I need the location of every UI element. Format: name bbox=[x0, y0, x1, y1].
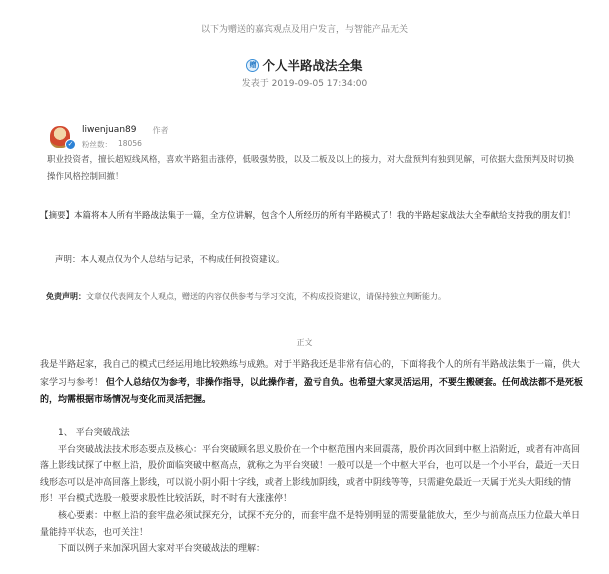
verified-icon: ✓ bbox=[65, 139, 76, 150]
paragraph: 核心要素：中枢上沿的套牢盘必须试探充分，试探不充分的，而套牢盘不是特别明显的需要… bbox=[40, 508, 585, 541]
author-name[interactable]: liwenjuan89 bbox=[82, 125, 136, 135]
intro-bold-text: 但个人总结仅为参考，非操作指导，以此操作者，盈亏自负。也希望大家灵活运用，不要生… bbox=[40, 378, 583, 406]
disclaimer: 免责声明：文章仅代表网友个人观点，赠送的内容仅供参考与学习交流，不构成投资建议，… bbox=[46, 291, 446, 302]
intro-paragraph: 我是半路起家，我自己的模式已经运用地比较熟练与成熟。对于半路我还是非常有信心的，… bbox=[40, 357, 585, 410]
publish-date: 发表于 2019-09-05 17:34:00 bbox=[0, 76, 609, 89]
disclaimer-label: 免责声明： bbox=[46, 292, 86, 301]
article-summary: 【摘要】本篇将本人所有半路战法集于一篇，全方位讲解，包含个人所经历的所有半路模式… bbox=[40, 208, 585, 225]
paragraph: 平台突破战法技术形态要点及核心：平台突破顾名思义股价在一个中枢范围内来回震荡，股… bbox=[40, 442, 585, 508]
gift-icon: 赠 bbox=[246, 59, 259, 72]
section-label: 正文 bbox=[0, 337, 609, 348]
avatar[interactable]: ✓ bbox=[48, 124, 76, 150]
fans-count: 粉丝数： 18056 bbox=[82, 139, 168, 150]
author-statement: 声明：本人观点仅为个人总结与记录，不构成任何投资建议。 bbox=[55, 253, 285, 265]
paragraph: 下面以例子来加深巩固大家对平台突破战法的理解： bbox=[40, 541, 585, 558]
disclaimer-text: 文章仅代表网友个人观点，赠送的内容仅供参考与学习交流，不构成投资建议，请保持独立… bbox=[86, 292, 446, 301]
article-title: 个人半路战法全集 bbox=[262, 56, 362, 74]
author-role: 作者 bbox=[152, 125, 168, 136]
fans-label: 粉丝数： bbox=[82, 139, 112, 150]
article-body: 1、 平台突破战法 平台突破战法技术形态要点及核心：平台突破顾名思义股价在一个中… bbox=[40, 425, 585, 558]
notice-banner: 以下为赠送的嘉宾观点及用户发言，与智能产品无关 bbox=[0, 22, 609, 35]
fans-value: 18056 bbox=[118, 139, 142, 150]
article-header: 赠 个人半路战法全集 bbox=[0, 56, 609, 74]
author-card: ✓ liwenjuan89 作者 粉丝数： 18056 bbox=[48, 124, 168, 150]
author-info: liwenjuan89 作者 粉丝数： 18056 bbox=[82, 124, 168, 150]
author-bio: 职业投资者，擅长超短线风格，喜欢半路狙击涨停，低吸强势股，以及二板及以上的接力，… bbox=[47, 152, 582, 186]
section-heading: 1、 平台突破战法 bbox=[40, 425, 585, 442]
